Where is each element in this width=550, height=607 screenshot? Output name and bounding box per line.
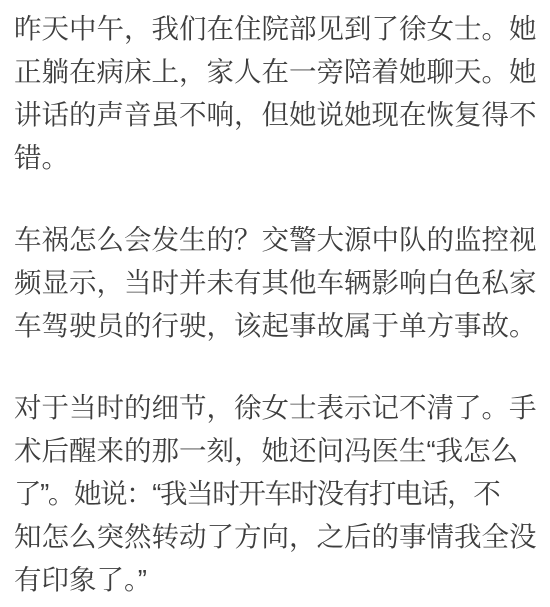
text-line: 频显示，当时并未有其他车辆影响白色私家 [14,261,537,304]
article-body: 昨天中午，我们在住院部见到了徐女士。她 正躺在病床上，家人在一旁陪着她聊天。她 … [0,0,550,601]
paragraph-hospital-visit: 昨天中午，我们在住院部见到了徐女士。她 正躺在病床上，家人在一旁陪着她聊天。她 … [14,7,537,179]
text-line: 错。 [14,136,537,179]
text-line: 车祸怎么会发生的？交警大源中队的监控视 [14,218,537,261]
text-line: 对于当时的细节，徐女士表示记不清了。手 [14,386,537,429]
text-line: 车驾驶员的行驶，该起事故属于单方事故。 [14,304,537,347]
text-line: 知怎么突然转动了方向，之后的事情我全没 [14,515,537,558]
text-line: 了”。她说：“我当时开车时没有打电话，不 [14,472,537,515]
paragraph-accident-cause: 车祸怎么会发生的？交警大源中队的监控视 频显示，当时并未有其他车辆影响白色私家 … [14,218,537,347]
page: { "page": { "background_color": "#ffffff… [0,0,550,607]
text-line: 有印象了。” [14,558,537,601]
text-line: 昨天中午，我们在住院部见到了徐女士。她 [14,7,537,50]
text-line: 讲话的声音虽不响，但她说她现在恢复得不 [14,93,537,136]
text-line: 正躺在病床上，家人在一旁陪着她聊天。她 [14,50,537,93]
paragraph-victim-account: 对于当时的细节，徐女士表示记不清了。手 术后醒来的那一刻，她还问冯医生“我怎么 … [14,386,537,601]
text-line: 术后醒来的那一刻，她还问冯医生“我怎么 [14,429,537,472]
